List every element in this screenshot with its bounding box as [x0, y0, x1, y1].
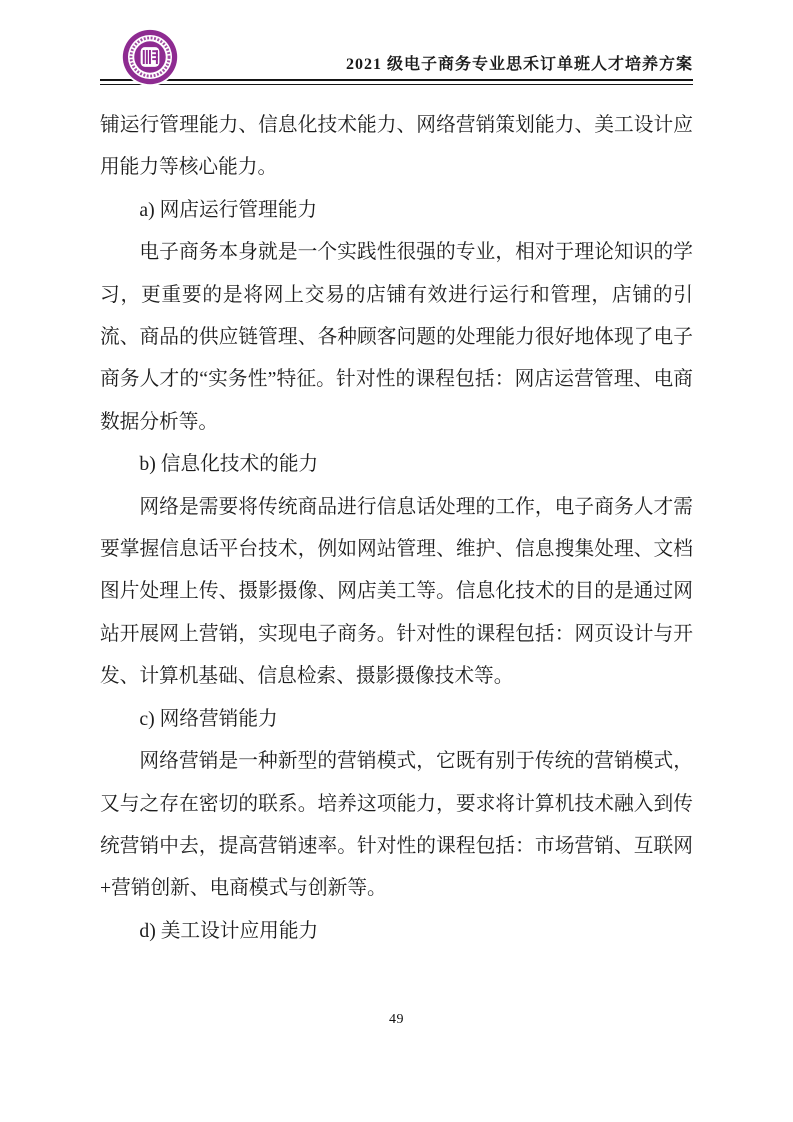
list-heading-a: a) 网店运行管理能力: [100, 189, 693, 231]
paragraph-it-ability: 网络是需要将传统商品进行信息话处理的工作，电子商务人才需要掌握信息话平台技术，例…: [100, 486, 693, 698]
list-heading-c: c) 网络营销能力: [100, 698, 693, 740]
document-page: 2021 级电子商务专业思禾订单班人才培养方案 铺运行管理能力、信息化技术能力、…: [0, 0, 793, 1122]
school-logo-icon: [120, 27, 180, 87]
list-heading-d: d) 美工设计应用能力: [100, 910, 693, 952]
document-body: 铺运行管理能力、信息化技术能力、网络营销策划能力、美工设计应用能力等核心能力。 …: [100, 104, 693, 952]
paragraph-marketing-ability: 网络营销是一种新型的营销模式，它既有别于传统的营销模式，又与之存在密切的联系。培…: [100, 740, 693, 910]
page-footer: 49: [0, 1010, 793, 1028]
paragraph-shop-operation: 电子商务本身就是一个实践性很强的专业，相对于理论知识的学习，更重要的是将网上交易…: [100, 231, 693, 443]
paragraph-core-abilities: 铺运行管理能力、信息化技术能力、网络营销策划能力、美工设计应用能力等核心能力。: [100, 104, 693, 189]
header-double-rule: [100, 79, 693, 85]
page-header: 2021 级电子商务专业思禾订单班人才培养方案: [100, 0, 693, 92]
school-emblem-icon: [120, 27, 180, 87]
page-number: 49: [389, 1012, 404, 1027]
document-header-title: 2021 级电子商务专业思禾订单班人才培养方案: [346, 51, 693, 74]
list-heading-b: b) 信息化技术的能力: [100, 443, 693, 485]
